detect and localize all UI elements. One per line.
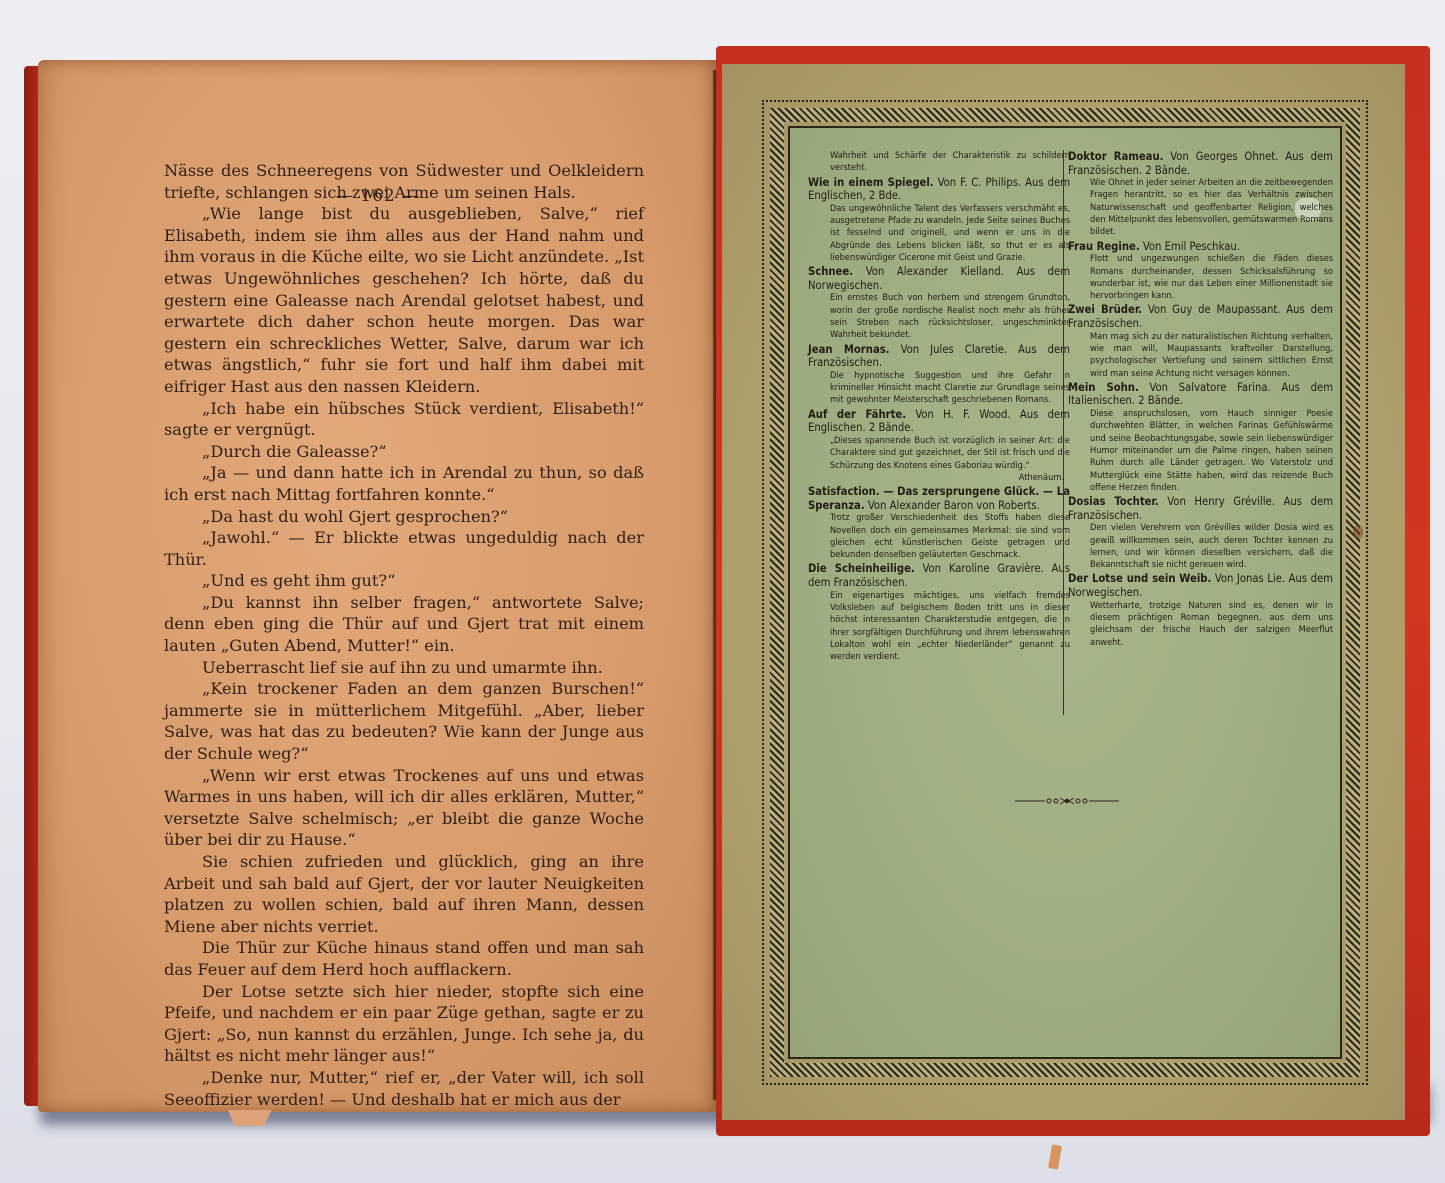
- paragraph: „Denke nur, Mutter,“ rief er, „der Vater…: [164, 1067, 644, 1110]
- entry-title: Die Scheinheilige.: [808, 562, 915, 575]
- stain: [1353, 525, 1363, 539]
- book-entry: Mein Sohn. Von Salvatore Farina. Aus dem…: [1068, 381, 1333, 494]
- entry-title: Zwei Brüder.: [1068, 303, 1142, 316]
- paragraph: „Durch die Galeasse?“: [164, 441, 644, 463]
- advert-column-left: Wahrheit und Schärfe der Charakteristik …: [808, 150, 1070, 664]
- entry-description: „Dieses spannende Buch ist vorzüglich in…: [808, 435, 1070, 472]
- book-entry: Dosias Tochter. Von Henry Gréville. Aus …: [1068, 495, 1333, 571]
- entry-description: Flott und ungezwungen schießen die Fäden…: [1068, 253, 1333, 302]
- book-entry: Jean Mornas. Von Jules Claretie. Aus dem…: [808, 343, 1070, 407]
- entry-description: Trotz großer Verschiedenheit des Stoffs …: [808, 512, 1070, 561]
- entry-description: Wahrheit und Schärfe der Charakteristik …: [808, 150, 1070, 175]
- paragraph: „Ja — und dann hatte ich in Arendal zu t…: [164, 462, 644, 505]
- entry-title: Jean Mornas.: [808, 343, 890, 356]
- entry-description: Diese anspruchslosen, vom Hauch sinniger…: [1068, 408, 1333, 494]
- paragraph: „Wenn wir erst etwas Trockenes auf uns u…: [164, 765, 644, 851]
- entry-byline: Von Alexander Baron von Roberts.: [868, 499, 1040, 512]
- column-divider: [1063, 150, 1064, 715]
- paragraph: Nässe des Schneeregens von Südwester und…: [164, 160, 644, 203]
- book-entry: Doktor Rameau. Von Georges Ohnet. Aus de…: [1068, 150, 1333, 239]
- paragraph: „Da hast du wohl Gjert gesprochen?“: [164, 506, 644, 528]
- paragraph: Der Lotse setzte sich hier nieder, stopf…: [164, 981, 644, 1067]
- entry-title: Mein Sohn.: [1068, 381, 1139, 394]
- book-entry: Wie in einem Spiegel. Von F. C. Philips.…: [808, 176, 1070, 265]
- entry-title: Auf der Fährte.: [808, 408, 906, 421]
- entry-description: Wie Ohnet in jeder seiner Arbeiten an di…: [1068, 177, 1333, 238]
- entry-description: Man mag sich zu der naturalistischen Ric…: [1068, 331, 1333, 380]
- paragraph: Sie schien zufrieden und glücklich, ging…: [164, 851, 644, 937]
- entry-title: Schnee.: [808, 265, 853, 278]
- divider-flourish-icon: [1015, 795, 1119, 807]
- entry-title: Der Lotse und sein Weib.: [1068, 572, 1211, 585]
- book-entry: Zwei Brüder. Von Guy de Maupassant. Aus …: [1068, 303, 1333, 379]
- entry-description: Wetterharte, trotzige Naturen sind es, d…: [1068, 600, 1333, 649]
- paragraph: „Und es geht ihm gut?“: [164, 570, 644, 592]
- paragraph: „Jawohl.“ — Er blickte etwas ungeduldig …: [164, 527, 644, 570]
- entry-description: Ein ernstes Buch von herbem und strengem…: [808, 292, 1070, 341]
- book-entry: Wahrheit und Schärfe der Charakteristik …: [808, 150, 1070, 175]
- book-entry: Die Scheinheilige. Von Karoline Gravière…: [808, 562, 1070, 663]
- entry-description: Ein eigenartiges mächtiges, uns vielfach…: [808, 590, 1070, 664]
- paragraph: „Ich habe ein hübsches Stück verdient, E…: [164, 398, 644, 441]
- book-entry: Frau Regine. Von Emil Peschkau. Flott un…: [1068, 240, 1333, 303]
- entry-title: Wie in einem Spiegel.: [808, 176, 934, 189]
- book-entry: Schnee. Von Alexander Kielland. Aus dem …: [808, 265, 1070, 341]
- book-entry: Satisfaction. — Das zersprungene Glück. …: [808, 485, 1070, 561]
- paragraph: „Kein trockener Faden an dem ganzen Burs…: [164, 678, 644, 764]
- book-entry: Der Lotse und sein Weib. Von Jonas Lie. …: [1068, 572, 1333, 648]
- entry-description: Den vielen Verehrern von Grévilles wilde…: [1068, 522, 1333, 571]
- paragraph: Ueberrascht lief sie auf ihn zu und umar…: [164, 657, 644, 679]
- entry-title: Frau Regine.: [1068, 240, 1140, 253]
- entry-title: Doktor Rameau.: [1068, 150, 1163, 163]
- entry-description: Das ungewöhnliche Talent des Verfassers …: [808, 203, 1070, 264]
- paragraph: Die Thür zur Küche hinaus stand offen un…: [164, 937, 644, 980]
- book-entry: Auf der Fährte. Von H. F. Wood. Aus dem …: [808, 408, 1070, 484]
- entry-source: Athenäum.: [808, 472, 1070, 484]
- paragraph: „Wie lange bist du ausgeblieben, Salve,“…: [164, 203, 644, 397]
- left-page-text: Nässe des Schneeregens von Südwester und…: [164, 160, 644, 1110]
- entry-title: Dosias Tochter.: [1068, 495, 1159, 508]
- bookmark-ribbon: [1048, 1144, 1062, 1169]
- advert-column-right: Doktor Rameau. Von Georges Ohnet. Aus de…: [1068, 150, 1333, 650]
- entry-description: Die hypnotische Suggestion und ihre Gefa…: [808, 370, 1070, 407]
- entry-byline: Von Emil Peschkau.: [1143, 240, 1240, 253]
- paragraph: „Du kannst ihn selber fragen,“ antwortet…: [164, 592, 644, 657]
